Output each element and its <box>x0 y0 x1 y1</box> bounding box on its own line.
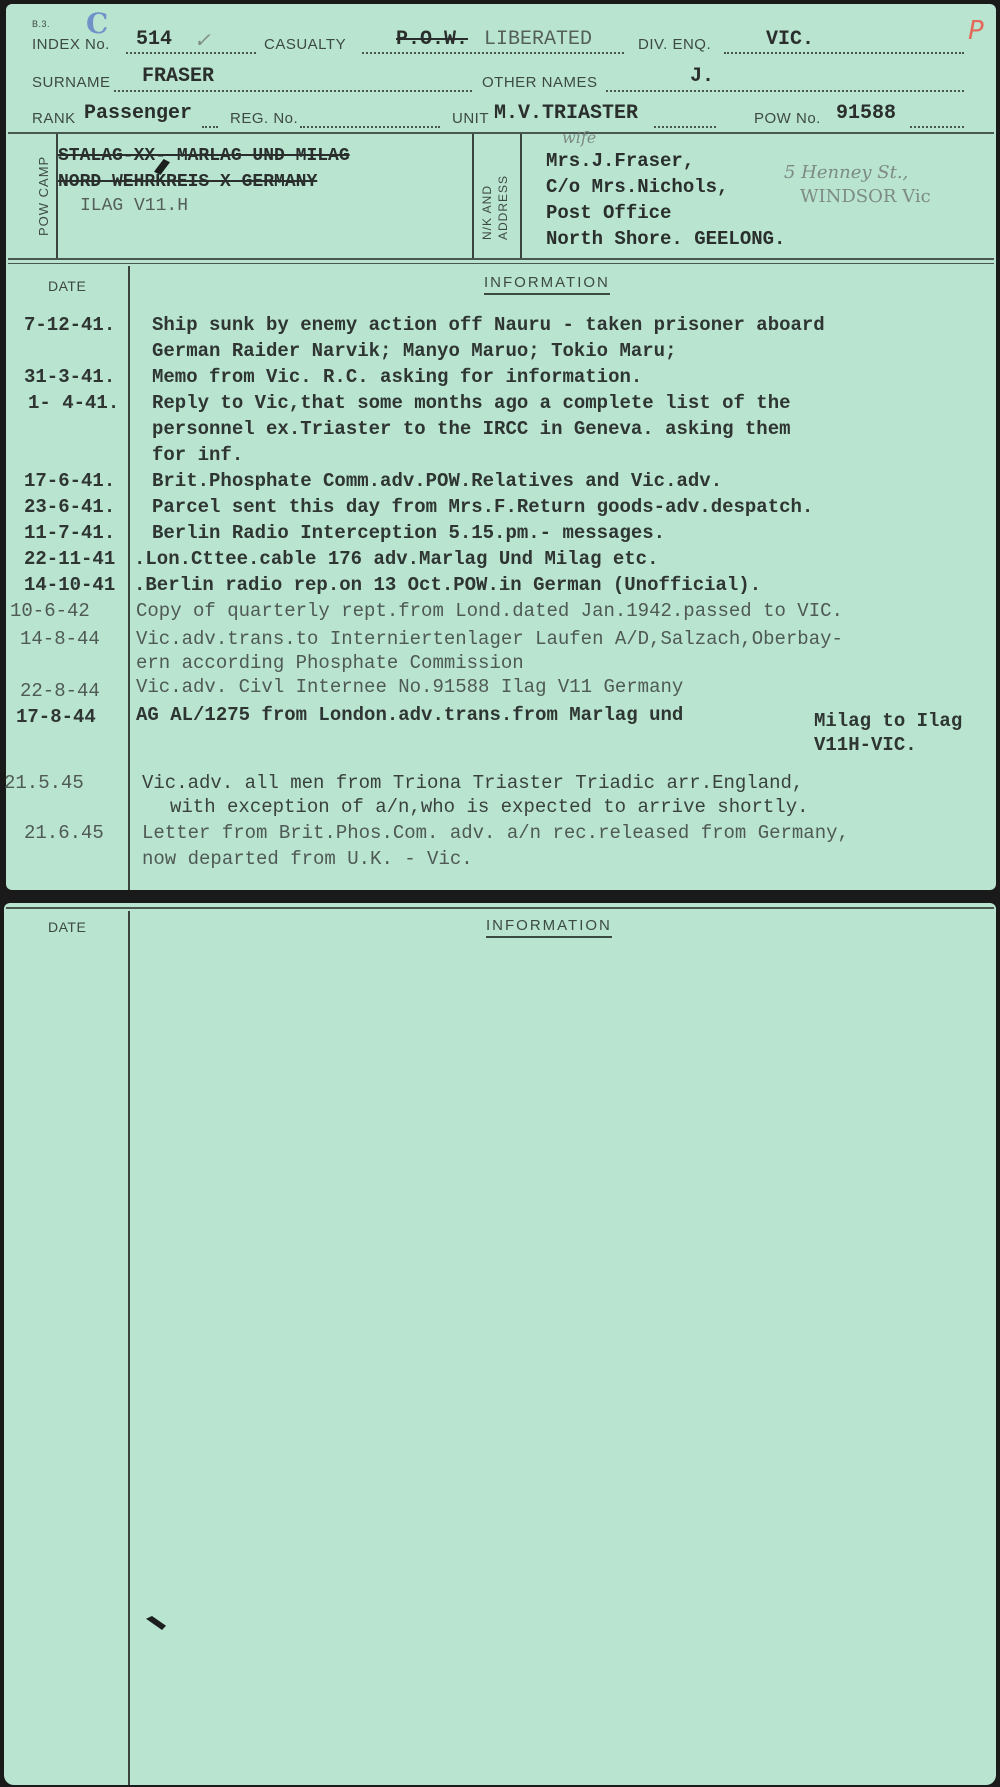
divider-line <box>520 134 522 258</box>
surname-dotted-line <box>114 90 472 92</box>
entry-date: 11-7-41. <box>24 522 115 544</box>
nk-address-label-line2: ADDRESS <box>496 175 510 240</box>
entry-text: with exception of a/n,who is expected to… <box>170 796 809 818</box>
entry-text: Berlin Radio Interception 5.15.pm.- mess… <box>152 522 665 544</box>
pow-camp-current: ILAG V11.H <box>80 196 188 216</box>
date-header: DATE <box>48 278 86 294</box>
address-line-3: Post Office <box>546 202 671 224</box>
date-header: DATE <box>48 919 86 935</box>
entry-date: 31-3-41. <box>24 366 115 388</box>
address-line-1: Mrs.J.Fraser, <box>546 150 694 172</box>
entry-text: V11H-VIC. <box>814 734 917 756</box>
entry-text: Vic.adv.trans.to Interniertenlager Laufe… <box>136 628 843 650</box>
rank-label: RANK <box>32 110 76 127</box>
other-names-label: OTHER NAMES <box>482 74 598 91</box>
entry-text: ern according Phosphate Commission <box>136 652 524 674</box>
pow-camp-struck-line2: NORD WEHRKREIS X GERMANY <box>58 172 317 192</box>
information-header: INFORMATION <box>484 274 610 295</box>
entry-date: 1- 4-41. <box>28 392 119 414</box>
entry-text: Copy of quarterly rept.from Lond.dated J… <box>136 600 843 622</box>
div-enq-value: VIC. <box>766 28 814 51</box>
entry-text: Parcel sent this day from Mrs.F.Return g… <box>152 496 813 518</box>
entry-text: Ship sunk by enemy action off Nauru - ta… <box>152 314 825 336</box>
entry-text: Memo from Vic. R.C. asking for informati… <box>152 366 642 388</box>
handwritten-suburb: WINDSOR Vic <box>800 186 931 207</box>
unit-dotted-line <box>654 126 716 128</box>
pow-camp-label: POW CAMP <box>36 156 51 236</box>
entry-date: 7-12-41. <box>24 314 115 336</box>
unit-value: M.V.TRIASTER <box>494 102 638 125</box>
handwritten-street: 5 Henney St., <box>784 162 908 183</box>
nk-address-label-line1: N/K AND <box>480 185 494 240</box>
entry-text: Brit.Phosphate Comm.adv.POW.Relatives an… <box>152 470 722 492</box>
rank-value: Passenger <box>84 102 192 125</box>
reg-no-label: REG. No. <box>230 110 298 127</box>
entry-date: 21.6.45 <box>24 822 104 844</box>
other-names-value: J. <box>690 65 714 88</box>
divider-line <box>472 134 474 258</box>
index-no-label: INDEX No. <box>32 36 110 53</box>
casualty-value: LIBERATED <box>484 28 592 51</box>
pow-no-label: POW No. <box>754 110 821 127</box>
entry-text: for inf. <box>152 444 243 466</box>
other-names-dotted-line <box>606 90 964 92</box>
entry-text: Milag to Ilag <box>814 710 962 732</box>
div-enq-label: DIV. ENQ. <box>638 36 711 53</box>
address-line-4: North Shore. GEELONG. <box>546 228 785 250</box>
entry-date: 14-8-44 <box>20 628 100 650</box>
divider-line <box>8 132 994 134</box>
pow-no-value: 91588 <box>836 102 896 125</box>
divider-line <box>6 907 994 909</box>
rank-dotted-line <box>202 126 218 128</box>
check-mark: ✓ <box>194 28 211 52</box>
index-no-value: 514 <box>136 28 172 51</box>
handwritten-wife: wife <box>562 128 596 147</box>
red-annotation: P <box>968 16 984 46</box>
entry-text: now departed from U.K. - Vic. <box>142 848 473 870</box>
entry-text: personnel ex.Triaster to the IRCC in Gen… <box>152 418 791 440</box>
form-code: B.3. <box>32 19 50 29</box>
entry-text: Vic.adv. all men from Triona Triaster Tr… <box>142 772 803 794</box>
unit-label: UNIT <box>452 110 489 127</box>
casualty-struck-value: P.O.W. <box>396 28 468 51</box>
casualty-label: CASUALTY <box>264 36 346 53</box>
index-no-dotted-line <box>126 52 256 54</box>
entry-text: German Raider Narvik; Manyo Maruo; Tokio… <box>152 340 677 362</box>
record-card-back: DATE INFORMATION <box>4 903 996 1785</box>
entry-date: 22-8-44 <box>20 680 100 702</box>
entry-text: Reply to Vic,that some months ago a comp… <box>152 392 791 414</box>
entry-date: 10-6-42 <box>10 600 90 622</box>
surname-label: SURNAME <box>32 74 111 91</box>
pow-no-dotted-line <box>910 126 964 128</box>
information-header: INFORMATION <box>486 917 612 938</box>
entry-date: 23-6-41. <box>24 496 115 518</box>
record-card-front: B.3. C P INDEX No. 514 ✓ CASUALTY P.O.W.… <box>6 4 996 890</box>
divider-line <box>8 258 994 260</box>
entry-date: 14-10-41 <box>24 574 115 596</box>
casualty-dotted-line <box>362 52 624 54</box>
entry-date: 17-8-44 <box>16 706 96 728</box>
entry-text: AG AL/1275 from London.adv.trans.from Ma… <box>136 704 683 726</box>
entry-text: Vic.adv. Civl Internee No.91588 Ilag V11… <box>136 676 683 698</box>
punch-hole <box>146 1616 166 1630</box>
pow-camp-struck-line1: STALAG-XX- MARLAG UND MILAG <box>58 146 350 166</box>
entry-date: 17-6-41. <box>24 470 115 492</box>
entry-date: 22-11-41 <box>24 548 115 570</box>
entry-text: Letter from Brit.Phos.Com. adv. a/n rec.… <box>142 822 849 844</box>
date-column-divider <box>128 911 130 1785</box>
entry-text: .Berlin radio rep.on 13 Oct.POW.in Germa… <box>134 574 761 596</box>
entry-date: 21.5.45 <box>4 772 84 794</box>
address-line-2: C/o Mrs.Nichols, <box>546 176 728 198</box>
div-enq-dotted-line <box>724 52 964 54</box>
entry-text: .Lon.Cttee.cable 176 adv.Marlag Und Mila… <box>134 548 659 570</box>
date-column-divider <box>128 266 130 890</box>
surname-value: FRASER <box>142 65 214 88</box>
reg-no-dotted-line <box>300 126 440 128</box>
divider-line <box>8 263 994 264</box>
